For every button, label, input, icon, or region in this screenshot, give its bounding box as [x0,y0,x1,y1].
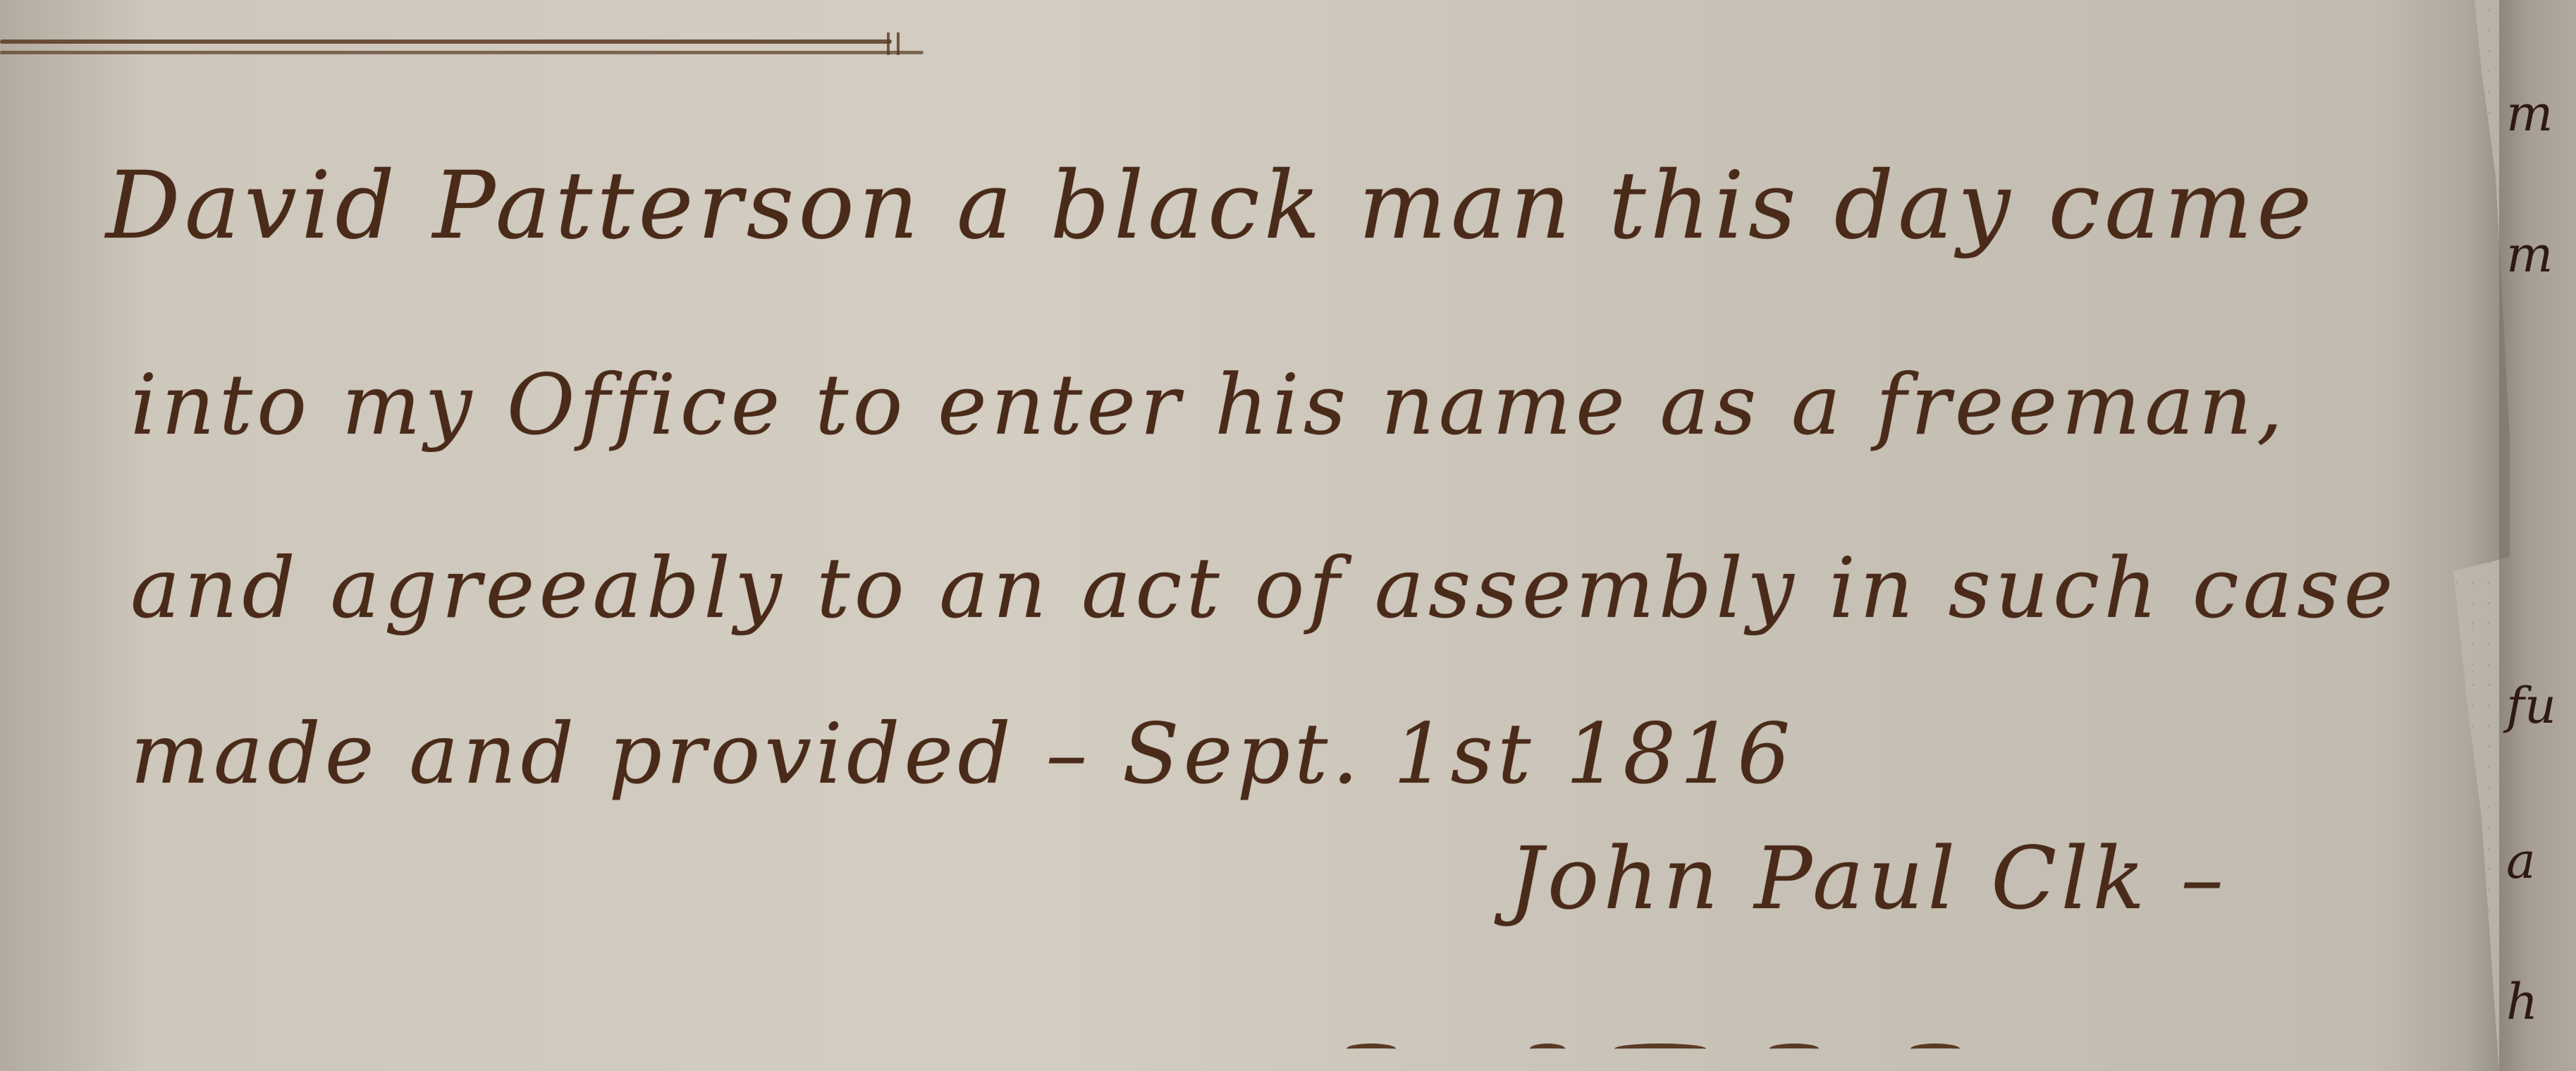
next-entry-ink-fragments [1347,1044,2192,1065]
adjacent-text-fragment: fu [2506,677,2556,735]
adjacent-text-fragment: m [2506,85,2553,142]
handwritten-line-1: David Patterson a black man this day cam… [106,152,2316,260]
adjacent-page-edge [2499,0,2576,1071]
ink-fragment [1770,1044,1819,1054]
ink-fragment [1347,1044,1396,1054]
ink-fragment [1530,1044,1565,1054]
ink-fragment [1614,1044,1706,1054]
handwritten-line-4-date: made and provided – Sept. 1st 1816 [130,705,1794,802]
rule-end-tick [897,32,900,55]
ink-fragment [1910,1044,1960,1054]
rule-line-top [0,39,892,44]
double-rule-divider [0,35,931,56]
handwritten-line-2: into my Office to enter his name as a fr… [130,356,2287,453]
adjacent-text-fragment: a [2506,832,2536,890]
main-sheet: David Patterson a black man this day cam… [0,0,2499,1071]
photographed-document: David Patterson a black man this day cam… [0,0,2576,1071]
rule-end-tick [887,32,890,55]
rule-line-bottom [0,51,924,54]
adjacent-text-fragment: m [2506,226,2553,283]
handwritten-line-3: and agreeably to an act of assembly in s… [130,539,2397,637]
clerk-signature: John Paul Clk – [1509,828,2228,929]
adjacent-text-fragment: h [2506,973,2538,1031]
